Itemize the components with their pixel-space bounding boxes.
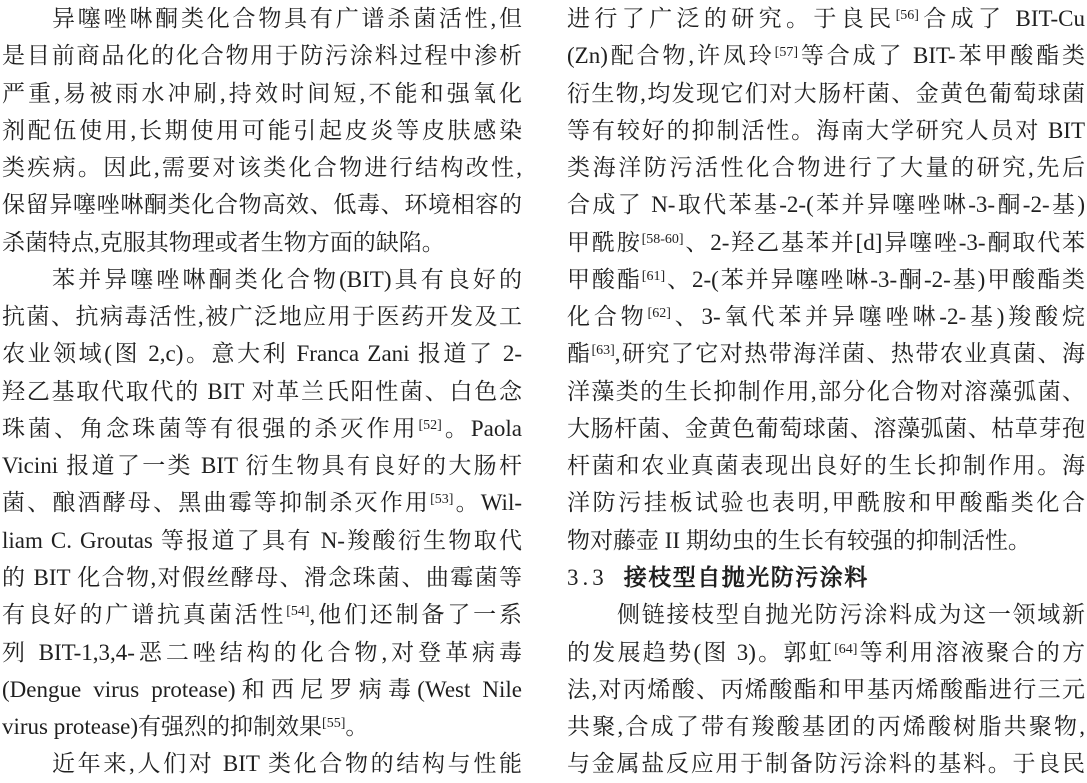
- text-line: 与金属盐反应用于制备防污涂料的基料。于良民: [567, 745, 1085, 782]
- citation-ref: [54]: [286, 604, 309, 619]
- text-line: 剂配伍使用,长期使用可能引起皮炎等皮肤感染: [2, 112, 522, 149]
- text-line: 是目前商品化的化合物用于防污涂料过程中渗析: [2, 37, 522, 74]
- text-segment: 。Paola: [442, 416, 522, 441]
- citation-ref: [61]: [642, 269, 665, 284]
- text-segment: 化合物: [567, 304, 648, 329]
- text-segment: 合成了 N-取代苯基-2-(苯并异噻唑啉-3-酮-2-基): [567, 192, 1085, 217]
- document-page: 异噻唑啉酮类化合物具有广谱杀菌活性,但是目前商品化的化合物用于防污涂料过程中渗析…: [0, 0, 1087, 783]
- text-segment: 。Wil-: [453, 490, 522, 515]
- text-line: 杀菌特点,克服其物理或者生物方面的缺陷。: [2, 224, 522, 261]
- text-segment: 珠菌、角念珠菌等有很强的杀灭作用: [2, 416, 419, 441]
- text-line: 杆菌和农业真菌表现出良好的生长抑制作用。海: [567, 447, 1085, 484]
- text-segment: 、2-(苯并异噻唑啉-3-酮-2-基)甲酸酯类: [665, 267, 1085, 292]
- text-segment: 抗菌、抗病毒活性,被广泛地应用于医药开发及工: [2, 304, 522, 329]
- text-line: 法,对丙烯酸、丙烯酸酯和甲基丙烯酸酯进行三元: [567, 671, 1085, 708]
- text-line: 共聚,合成了带有羧酸基团的丙烯酸树脂共聚物,: [567, 708, 1085, 745]
- text-line: 洋防污挂板试验也表明,甲酰胺和甲酸酯类化合: [567, 484, 1085, 521]
- citation-ref: [52]: [419, 418, 442, 433]
- text-segment: virus protease)有强烈的抑制效果: [2, 714, 322, 739]
- citation-ref: [58-60]: [642, 232, 684, 247]
- section-heading: 3.3接枝型自抛光防污涂料: [567, 559, 1085, 596]
- text-segment: 衍生物,均发现它们对大肠杆菌、金黄色葡萄球菌: [567, 81, 1085, 106]
- section-title: 接枝型自抛光防污涂料: [624, 564, 869, 590]
- text-segment: 进行了广泛的研究。于良民: [567, 6, 896, 31]
- text-line: 近年来,人们对 BIT 类化合物的结构与性能: [2, 745, 522, 782]
- text-segment: 等有较好的抑制活性。海南大学研究人员对 BIT: [567, 118, 1085, 143]
- text-segment: 酯: [567, 341, 591, 366]
- citation-ref: [57]: [775, 45, 798, 60]
- text-line: 化合物[62]、3-氧代苯并异噻唑啉-2-基)羧酸烷: [567, 298, 1085, 335]
- text-segment: 。: [345, 714, 368, 739]
- text-line: 大肠杆菌、金黄色葡萄球菌、溶藻弧菌、枯草芽孢: [567, 410, 1085, 447]
- text-line: 严重,易被雨水冲刷,持效时间短,不能和强氧化: [2, 75, 522, 112]
- text-segment: Vicini 报道了一类 BIT 衍生物具有良好的大肠杆: [2, 453, 522, 478]
- text-segment: 洋藻类的生长抑制作用,部分化合物对溶藻弧菌、: [567, 379, 1085, 404]
- text-line: Vicini 报道了一类 BIT 衍生物具有良好的大肠杆: [2, 447, 522, 484]
- text-segment: 侧链接枝型自抛光防污涂料成为这一领域新: [617, 602, 1085, 627]
- text-line: 的发展趋势(图 3)。郭虹[64]等利用溶液聚合的方: [567, 634, 1085, 671]
- text-segment: 合成了 BIT-Cu: [919, 6, 1085, 31]
- text-column-right: 进行了广泛的研究。于良民[56]合成了 BIT-Cu(Zn)配合物,许凤玲[57…: [567, 0, 1085, 783]
- text-segment: 异噻唑啉酮类化合物具有广谱杀菌活性,但: [52, 6, 522, 31]
- text-line: (Dengue virus protease)和西尼罗病毒(West Nile: [2, 671, 522, 708]
- text-segment: 杆菌和农业真菌表现出良好的生长抑制作用。海: [567, 453, 1085, 478]
- citation-ref: [55]: [322, 716, 345, 731]
- text-segment: 农业领域(图 2,c)。意大利 Franca Zani 报道了 2-: [2, 341, 522, 366]
- text-segment: 等利用溶液聚合的方: [857, 640, 1085, 665]
- text-line: (Zn)配合物,许凤玲[57]等合成了 BIT-苯甲酸酯类: [567, 37, 1085, 74]
- text-line: 甲酰胺[58-60]、2-羟乙基苯并[d]异噻唑-3-酮取代苯: [567, 224, 1085, 261]
- text-segment: 物对藤壶 II 期幼虫的生长有较强的抑制活性。: [567, 528, 1031, 553]
- text-line: 抗菌、抗病毒活性,被广泛地应用于医药开发及工: [2, 298, 522, 335]
- text-line: 列 BIT-1,3,4-恶二唑结构的化合物,对登革病毒: [2, 634, 522, 671]
- text-line: 羟乙基取代取代的 BIT 对革兰氏阳性菌、白色念: [2, 373, 522, 410]
- citation-ref: [56]: [896, 8, 919, 23]
- text-line: 进行了广泛的研究。于良民[56]合成了 BIT-Cu: [567, 0, 1085, 37]
- text-line: 甲酸酯[61]、2-(苯并异噻唑啉-3-酮-2-基)甲酸酯类: [567, 261, 1085, 298]
- text-segment: 羟乙基取代取代的 BIT 对革兰氏阳性菌、白色念: [2, 379, 522, 404]
- citation-ref: [53]: [430, 492, 453, 507]
- text-segment: 剂配伍使用,长期使用可能引起皮炎等皮肤感染: [2, 118, 522, 143]
- text-segment: 的 BIT 化合物,对假丝酵母、滑念珠菌、曲霉菌等: [2, 565, 522, 590]
- text-line: 菌、酿酒酵母、黑曲霉等抑制杀灭作用[53]。Wil-: [2, 484, 522, 521]
- text-line: 类疾病。因此,需要对该类化合物进行结构改性,: [2, 149, 522, 186]
- text-line: 农业领域(图 2,c)。意大利 Franca Zani 报道了 2-: [2, 335, 522, 372]
- text-segment: liam C. Groutas 等报道了具有 N-羧酸衍生物取代: [2, 528, 522, 553]
- text-line: 类海洋防污活性化合物进行了大量的研究,先后: [567, 149, 1085, 186]
- text-segment: 的发展趋势(图 3)。郭虹: [567, 640, 834, 665]
- text-segment: 类海洋防污活性化合物进行了大量的研究,先后: [567, 155, 1085, 180]
- text-segment: 甲酰胺: [567, 230, 642, 255]
- text-segment: 、2-羟乙基苯并[d]异噻唑-3-酮取代苯: [684, 230, 1085, 255]
- text-line: 异噻唑啉酮类化合物具有广谱杀菌活性,但: [2, 0, 522, 37]
- text-segment: 法,对丙烯酸、丙烯酸酯和甲基丙烯酸酯进行三元: [567, 677, 1085, 702]
- text-line: 侧链接枝型自抛光防污涂料成为这一领域新: [567, 596, 1085, 633]
- text-segment: 大肠杆菌、金黄色葡萄球菌、溶藻弧菌、枯草芽孢: [567, 416, 1085, 441]
- section-number: 3.3: [567, 565, 608, 590]
- text-line: 有良好的广谱抗真菌活性[54],他们还制备了一系: [2, 596, 522, 633]
- text-segment: 有良好的广谱抗真菌活性: [2, 602, 286, 627]
- text-segment: (Zn)配合物,许凤玲: [567, 43, 775, 68]
- text-line: 酯[63],研究了它对热带海洋菌、热带农业真菌、海: [567, 335, 1085, 372]
- citation-ref: [62]: [648, 306, 671, 321]
- citation-ref: [64]: [834, 642, 857, 657]
- text-segment: ,研究了它对热带海洋菌、热带农业真菌、海: [615, 341, 1085, 366]
- text-segment: 甲酸酯: [567, 267, 642, 292]
- text-segment: ,他们还制备了一系: [310, 602, 522, 627]
- text-segment: 保留异噻唑啉酮类化合物高效、低毒、环境相容的: [2, 192, 522, 217]
- text-segment: (Dengue virus protease)和西尼罗病毒(West Nile: [2, 677, 522, 702]
- text-line: 衍生物,均发现它们对大肠杆菌、金黄色葡萄球菌: [567, 75, 1085, 112]
- text-line: 苯并异噻唑啉酮类化合物(BIT)具有良好的: [2, 261, 522, 298]
- text-segment: 、3-氧代苯并异噻唑啉-2-基)羧酸烷: [671, 304, 1085, 329]
- text-segment: 菌、酿酒酵母、黑曲霉等抑制杀灭作用: [2, 490, 430, 515]
- text-line: 等有较好的抑制活性。海南大学研究人员对 BIT: [567, 112, 1085, 149]
- text-line: virus protease)有强烈的抑制效果[55]。: [2, 708, 522, 745]
- text-segment: 杀菌特点,克服其物理或者生物方面的缺陷。: [2, 230, 445, 255]
- text-column-left: 异噻唑啉酮类化合物具有广谱杀菌活性,但是目前商品化的化合物用于防污涂料过程中渗析…: [2, 0, 522, 783]
- text-segment: 苯并异噻唑啉酮类化合物(BIT)具有良好的: [52, 267, 522, 292]
- text-segment: 近年来,人们对 BIT 类化合物的结构与性能: [52, 751, 522, 776]
- text-line: 保留异噻唑啉酮类化合物高效、低毒、环境相容的: [2, 186, 522, 223]
- text-line: 的 BIT 化合物,对假丝酵母、滑念珠菌、曲霉菌等: [2, 559, 522, 596]
- text-segment: 共聚,合成了带有羧酸基团的丙烯酸树脂共聚物,: [567, 714, 1085, 739]
- text-segment: 严重,易被雨水冲刷,持效时间短,不能和强氧化: [2, 81, 522, 106]
- text-line: 物对藤壶 II 期幼虫的生长有较强的抑制活性。: [567, 522, 1085, 559]
- text-line: 洋藻类的生长抑制作用,部分化合物对溶藻弧菌、: [567, 373, 1085, 410]
- text-line: 珠菌、角念珠菌等有很强的杀灭作用[52]。Paola: [2, 410, 522, 447]
- text-segment: 与金属盐反应用于制备防污涂料的基料。于良民: [567, 751, 1085, 776]
- text-line: liam C. Groutas 等报道了具有 N-羧酸衍生物取代: [2, 522, 522, 559]
- citation-ref: [63]: [591, 343, 614, 358]
- text-segment: 等合成了 BIT-苯甲酸酯类: [798, 43, 1085, 68]
- text-segment: 列 BIT-1,3,4-恶二唑结构的化合物,对登革病毒: [2, 640, 522, 665]
- text-segment: 洋防污挂板试验也表明,甲酰胺和甲酸酯类化合: [567, 490, 1085, 515]
- text-line: 合成了 N-取代苯基-2-(苯并异噻唑啉-3-酮-2-基): [567, 186, 1085, 223]
- text-segment: 类疾病。因此,需要对该类化合物进行结构改性,: [2, 155, 522, 180]
- text-segment: 是目前商品化的化合物用于防污涂料过程中渗析: [2, 43, 522, 68]
